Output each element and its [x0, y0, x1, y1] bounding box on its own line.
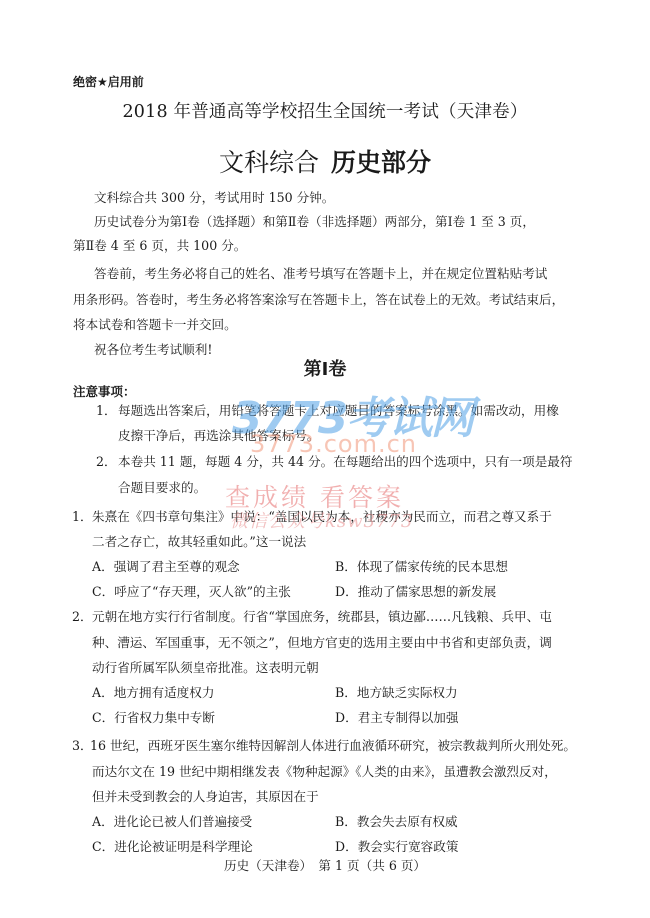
exam-title: 2018 年普通高等学校招生全国统一考试（天津卷） [0, 98, 650, 123]
question-text: 动行省所属军队须皇帝批准。这表明元朝 [92, 656, 319, 680]
option-c: C．呼应了“存天理，灭人欲”的主张 [92, 580, 291, 604]
page-footer: 历史（天津卷） 第 1 页（共 6 页） [0, 855, 650, 874]
intro-line: 答卷前，考生务必将自己的姓名、准考号填写在答题卡上，并在规定位置粘贴考试 [94, 262, 547, 286]
intro-line: 文科综合共 300 分，考试用时 150 分钟。 [94, 186, 334, 210]
note-text: 本卷共 11 题，每题 4 分，共 44 分。在每题给出的四个选项中，只有一项是… [118, 450, 573, 474]
note-text: 合题目要求的。 [118, 476, 206, 500]
note-number: 2． [96, 450, 117, 474]
option-d: D．推动了儒家思想的新发展 [335, 580, 496, 604]
subject-label: 文科综合 [219, 148, 319, 177]
volume-title: 第Ⅰ卷 [0, 355, 650, 381]
question-text: 二者之存亡，故其轻重如此。”这一说法 [92, 530, 306, 554]
exam-page: 绝密★启用前 2018 年普通高等学校招生全国统一考试（天津卷） 文科综合历史部… [0, 0, 650, 918]
secret-mark: 绝密★启用前 [73, 73, 144, 90]
option-b: B．教会失去原有权威 [335, 810, 458, 834]
subject-title: 文科综合历史部分 [0, 143, 650, 179]
question-number: 2． [72, 605, 93, 629]
question-text: 而达尔文在 19 世纪中期相继发表《物种起源》《人类的由来》，虽遭教会激烈反对， [92, 760, 557, 784]
question-text: 但并未受到教会的人身迫害，其原因在于 [92, 785, 319, 809]
question-text: 朱熹在《四书章句集注》中说：“盖国以民为本，社稷亦为民而立，而君之尊又系于 [92, 505, 552, 529]
note-text: 皮擦干净后，再选涂其他答案标号。 [118, 424, 320, 448]
question-text: 16 世纪，西班牙医生塞尔维特因解剖人体进行血液循环研究，被宗教裁判所火刑处死。 [90, 734, 576, 758]
option-c: C．行省权力集中专断 [92, 706, 215, 730]
option-a: A．地方拥有适度权力 [92, 681, 214, 705]
question-text: 元朝在地方实行行省制度。行省“掌国庶务，统郡县，镇边鄙……凡钱粮、兵甲、屯 [92, 605, 552, 629]
notes-title: 注意事项： [73, 382, 136, 400]
note-number: 1． [96, 399, 117, 423]
option-d: D．君主专制得以加强 [335, 706, 458, 730]
intro-line: 第Ⅱ卷 4 至 6 页，共 100 分。 [73, 234, 246, 258]
question-text: 种、漕运、军国重事，无不领之”，但地方官吏的选用主要由中书省和吏部负责，调 [92, 631, 552, 655]
option-a: A．进化论已被人们普遍接受 [92, 810, 252, 834]
option-b: B．体现了儒家传统的民本思想 [335, 555, 508, 579]
intro-line: 历史试卷分为第Ⅰ卷（选择题）和第Ⅱ卷（非选择题）两部分，第Ⅰ卷 1 至 3 页， [94, 210, 535, 234]
option-a: A．强调了君主至尊的观念 [92, 555, 240, 579]
intro-line: 用条形码。答卷时，考生务必将答案涂写在答题卡上，答在试卷上的无效。考试结束后， [73, 288, 564, 312]
part-label: 历史部分 [331, 148, 431, 177]
option-b: B．地方缺乏实际权力 [335, 681, 458, 705]
intro-line: 将本试卷和答题卡一并交回。 [73, 313, 237, 337]
note-text: 每题选出答案后，用铅笔将答题卡上对应题目的答案标号涂黑。如需改动，用橡 [118, 399, 559, 423]
question-number: 1． [72, 505, 93, 529]
